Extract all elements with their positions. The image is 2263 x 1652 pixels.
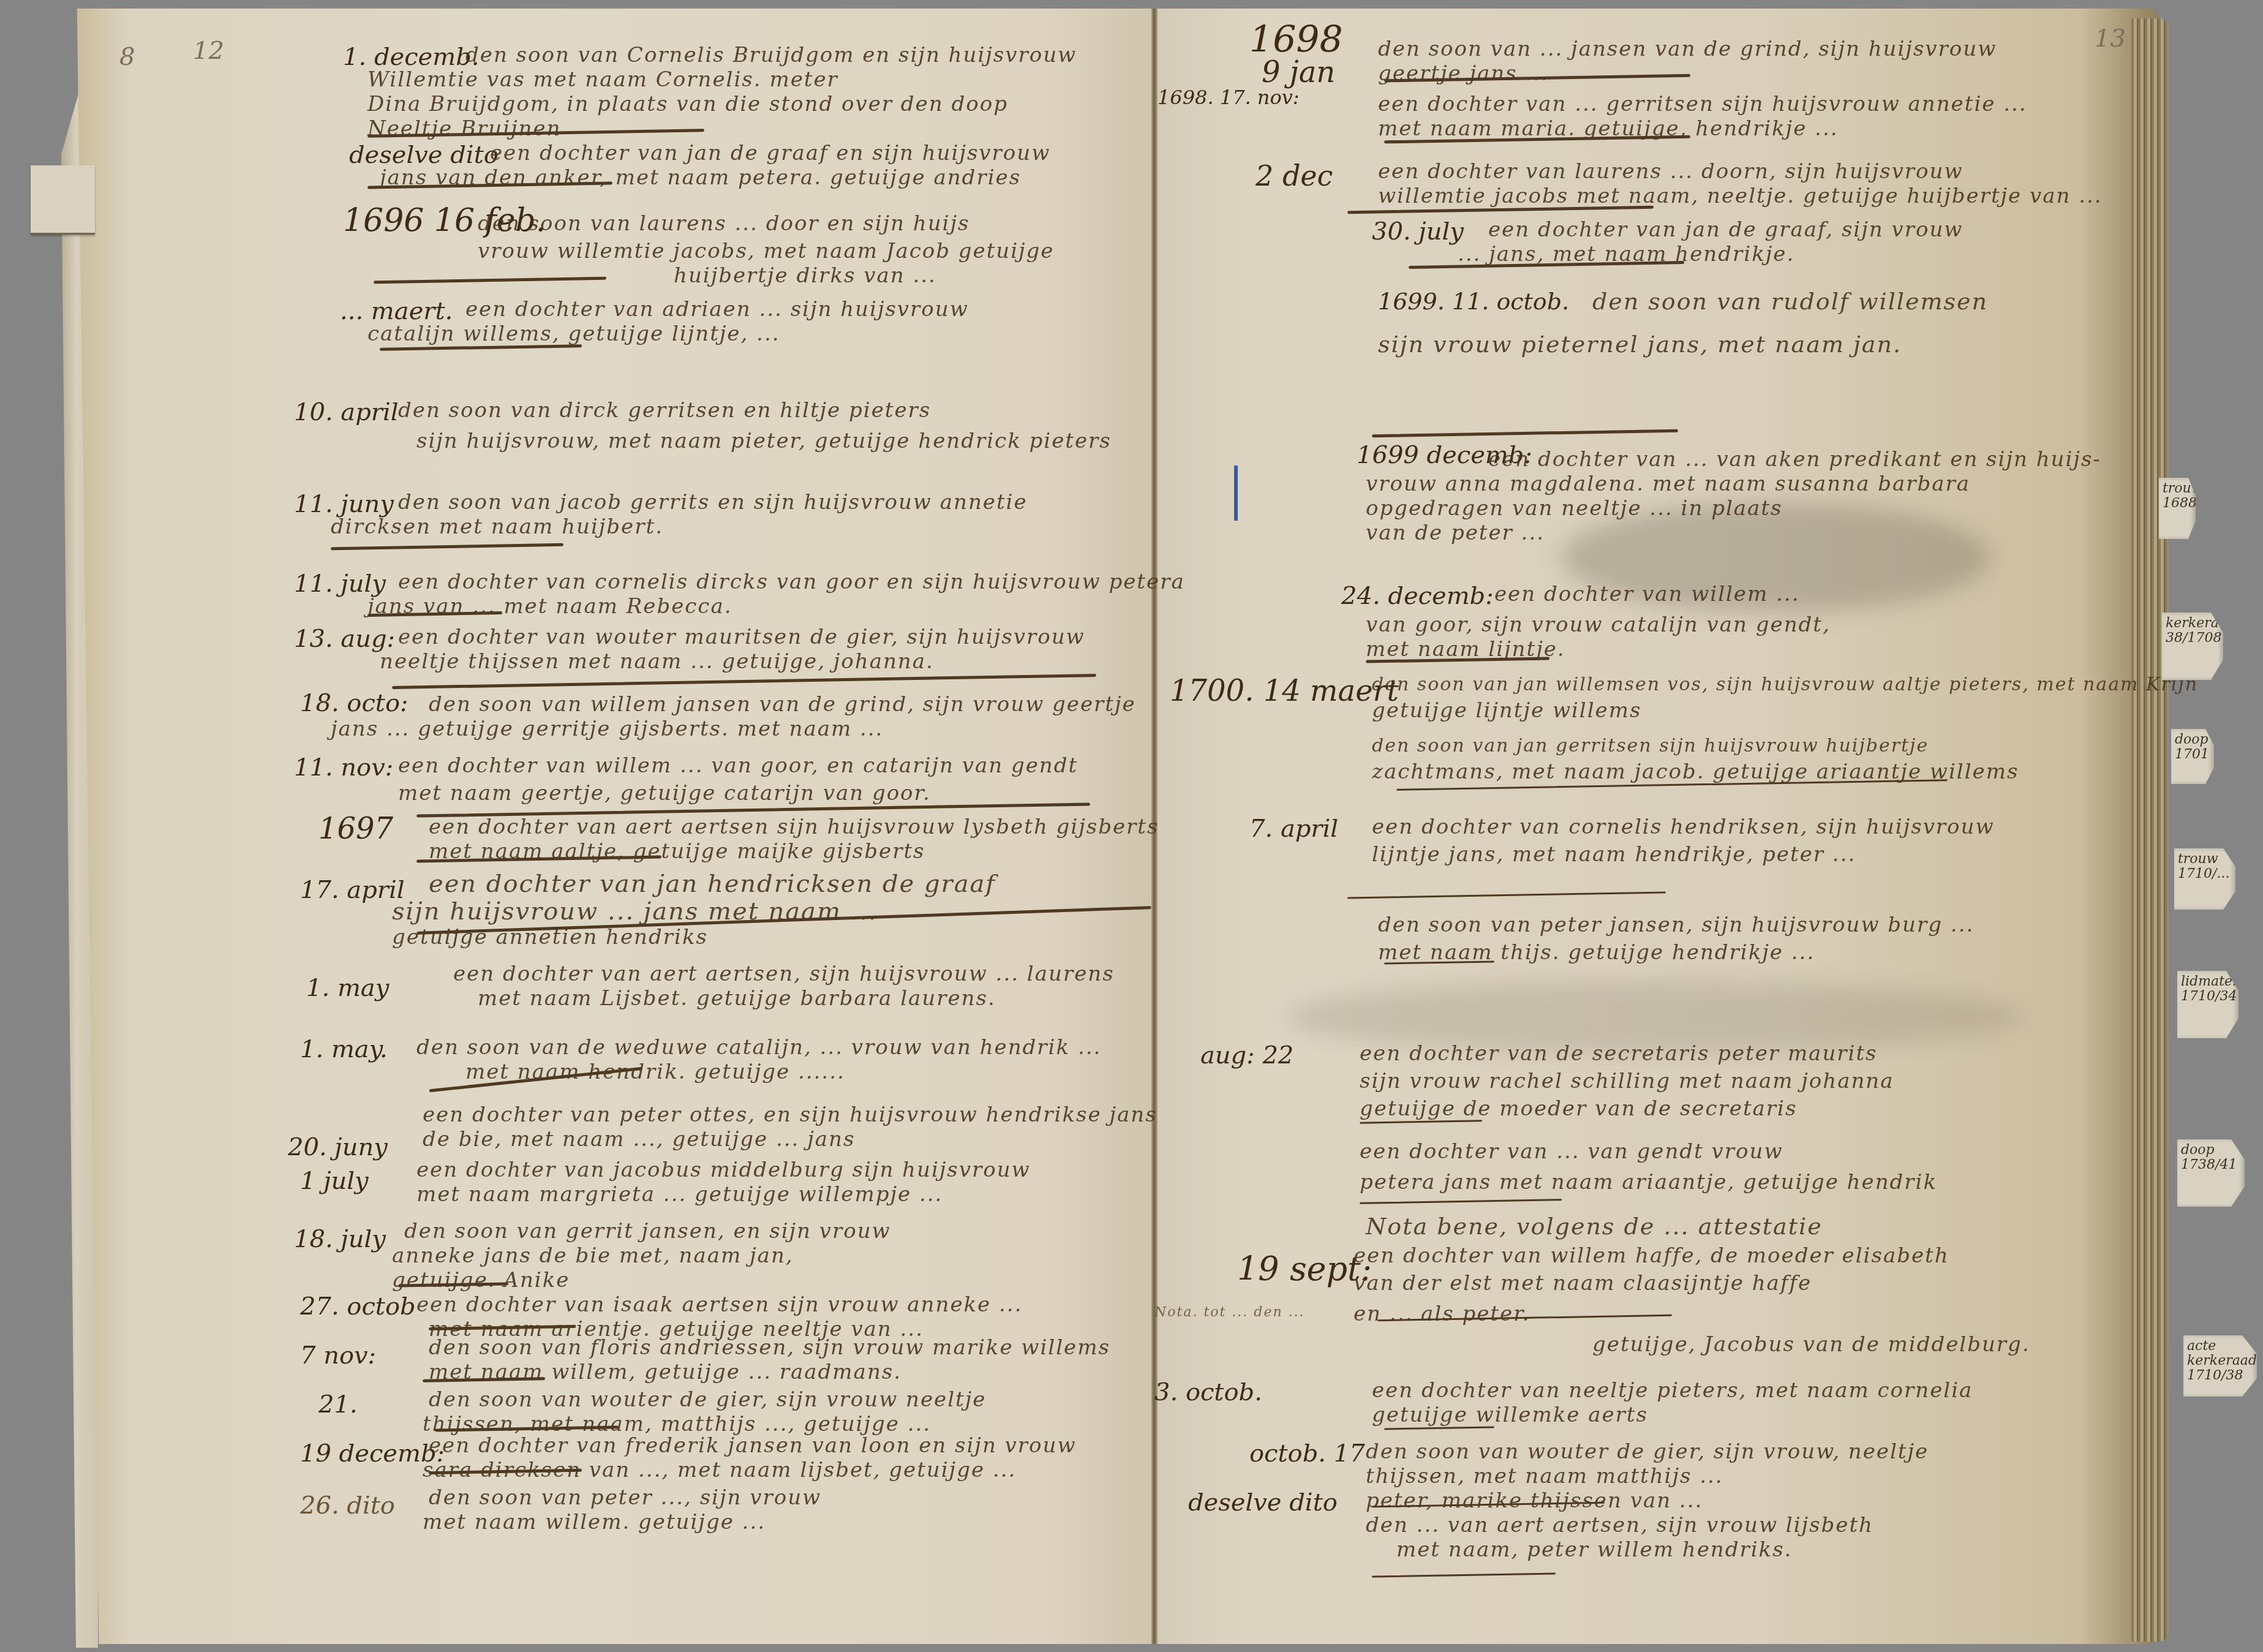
entry-line: een dochter van willem haffe, de moeder … xyxy=(1354,1243,1949,1268)
entry-line: een dochter van willem ... van goor, en … xyxy=(398,753,1078,778)
tab-trouw-1710[interactable]: trouw 1710/... xyxy=(2174,848,2235,910)
entry-line: den soon van wouter de gier, sijn vrouw … xyxy=(429,1387,986,1412)
entry-line: een dochter van jan hendricksen de graaf xyxy=(429,870,996,898)
entry-line: sijn huijsvrouw ... jans met naam ... xyxy=(392,897,878,926)
page-number-right: 13 xyxy=(2095,25,2126,53)
page-number-outer: 8 xyxy=(119,43,135,71)
entry-line: met naam, peter willem hendriks. xyxy=(1396,1537,1792,1562)
entry-line: vrouw willemtie jacobs, met naam Jacob g… xyxy=(478,239,1055,263)
entry-line: een dochter van aert aertsen, sijn huijs… xyxy=(453,962,1115,986)
entry-line: een dochter van aert aertsen sijn huijsv… xyxy=(429,815,1159,839)
entry-line: thijssen, met naam, matthijs ..., getuij… xyxy=(423,1412,931,1436)
entry-line: den soon van jan willemsen vos, sijn hui… xyxy=(1372,674,2198,695)
entry-line: den soon van gerrit jansen, en sijn vrou… xyxy=(404,1219,891,1243)
entry-line: een dochter van jan de graaf, sijn vrouw xyxy=(1488,217,1963,242)
entry-date: 1699. 11. octob. xyxy=(1378,288,1569,315)
entry-line: getuijge willemke aerts xyxy=(1372,1403,1648,1427)
entry-date: 1 july xyxy=(300,1167,369,1195)
tab-trouw-1688[interactable]: trouw 1688 xyxy=(2159,478,2196,539)
entry-date: 30. july xyxy=(1372,217,1464,246)
entry-line: met naam geertje, getuijge catarijn van … xyxy=(398,781,931,805)
entry-line: met naam margrieta ... getuijge willempj… xyxy=(416,1182,943,1207)
entry-line: een dochter van wouter mauritsen de gier… xyxy=(398,625,1085,649)
entry-line: een dochter van laurens ... doorn, sijn … xyxy=(1378,159,1964,184)
entry-date: 1697 xyxy=(318,812,393,846)
entry-line: den soon van jacob gerrits en sijn huijs… xyxy=(398,490,1028,515)
entry-line: een dochter van ... van gendt vrouw xyxy=(1360,1139,1783,1164)
entry-date: 7. april xyxy=(1249,815,1338,843)
entry-line: Dina Bruijdgom, in plaats van die stond … xyxy=(367,92,1008,116)
entry-line: een dochter van cornelis hendriksen, sij… xyxy=(1372,815,1995,839)
entry-line: den soon van wouter de gier, sijn vrouw,… xyxy=(1366,1439,1929,1464)
entry-date: 3. octob. xyxy=(1154,1378,1262,1406)
entry-date: 20. juny xyxy=(288,1133,388,1161)
entry-line: den ... van aert aertsen, sijn vrouw lij… xyxy=(1366,1513,1873,1537)
tab-acte-kerkeraad-1710[interactable]: acte kerkeraad 1710/38 xyxy=(2183,1335,2257,1397)
entry-line: een dochter van cornelis dircks van goor… xyxy=(398,570,1185,594)
entry-date: 18. july xyxy=(294,1225,386,1253)
entry-date: 19 sept: xyxy=(1237,1250,1372,1288)
entry-line: den soon van ... jansen van de grind, si… xyxy=(1378,37,1997,61)
entry-line: met naam Lijsbet. getuijge barbara laure… xyxy=(478,986,996,1011)
entry-date: 1. may. xyxy=(300,1035,388,1063)
entry-line: den soon van jan gerritsen sijn huijsvro… xyxy=(1372,735,1929,756)
open-register-book: 8 12 13 1698 1. decemb. den soon van Cor… xyxy=(0,0,2263,1652)
entry-date: 17. april xyxy=(300,876,405,904)
tab-lidmaten-1710[interactable]: lidmaten 1710/34 xyxy=(2177,971,2239,1038)
entry-line: een dochter van de secretaris peter maur… xyxy=(1360,1041,1878,1066)
entry-line: een dochter van peter ottes, en sijn hui… xyxy=(423,1103,1158,1127)
entry-line: van der elst met naam claasijntje haffe xyxy=(1354,1271,1812,1296)
entry-line: den soon van de weduwe catalijn, ... vro… xyxy=(416,1035,1101,1060)
entry-date: 10. april xyxy=(294,398,399,426)
entry-date: 1698. 17. nov: xyxy=(1158,86,1300,109)
entry-line: de bie, met naam ..., getuijge ... jans xyxy=(423,1127,855,1152)
entry-line: getuijge de moeder van de secretaris xyxy=(1360,1096,1797,1121)
entry-line: catalijn willems, getuijge lijntje, ... xyxy=(367,322,780,346)
blue-pencil-mark xyxy=(1234,466,1238,521)
entry-line: neeltje thijssen met naam ... getuijge, … xyxy=(380,649,934,674)
entry-line: een dochter van ... van aken predikant e… xyxy=(1488,447,2101,472)
entry-date: 21. xyxy=(318,1390,358,1419)
entry-line: huijbertje dirks van ... xyxy=(674,263,936,288)
entry-date: 18. octo: xyxy=(300,689,408,717)
entry-date: 27. octob xyxy=(300,1292,416,1321)
entry-line: van goor, sijn vrouw catalijn van gendt, xyxy=(1366,613,1831,637)
entry-line: getuijge, Jacobus van de middelburg. xyxy=(1592,1332,2030,1357)
page-number-left: 12 xyxy=(193,37,224,65)
entry-line: sijn vrouw rachel schilling met naam joh… xyxy=(1360,1069,1894,1093)
entry-line: met naam willem. getuijge ... xyxy=(423,1510,766,1534)
entry-line: Nota bene, volgens de ... attestatie xyxy=(1366,1213,1823,1240)
entry-line: den soon van peter jansen, sijn huijsvro… xyxy=(1378,913,1974,937)
entry-date: 7 nov: xyxy=(300,1341,376,1370)
entry-date: deselve dito xyxy=(1188,1488,1338,1517)
entry-line: getuijge lijntje willems xyxy=(1372,698,1641,723)
entry-line: den soon van dirck gerritsen en hiltje p… xyxy=(398,398,931,423)
entry-line: een dochter van frederik jansen van loon… xyxy=(429,1433,1077,1458)
entry-line: vrouw anna magdalena. met naam susanna b… xyxy=(1366,472,1970,496)
entry-line: den soon van laurens ... door en sijn hu… xyxy=(478,211,970,236)
entry-date: 1700. 14 maert xyxy=(1170,674,1399,708)
entry-line: anneke jans de bie met, naam jan, xyxy=(392,1243,794,1268)
entry-line: een dochter van ... gerritsen sijn huijs… xyxy=(1378,92,2027,116)
entry-date: 2 dec xyxy=(1256,159,1333,192)
margin-note: Nota. tot ... den ... xyxy=(1154,1305,1305,1320)
entry-line: den soon van peter ..., sijn vrouw xyxy=(429,1485,821,1510)
entry-line: thijssen, met naam matthijs ... xyxy=(1366,1464,1723,1488)
entry-date: 9 jan xyxy=(1262,55,1335,89)
entry-line: peter, marike thijssen van ... xyxy=(1366,1488,1703,1513)
entry-line: een dochter van neeltje pieters, met naa… xyxy=(1372,1378,1973,1403)
entry-line: den soon van Cornelis Bruijdgom en sijn … xyxy=(465,43,1077,67)
tab-kerkeraad-1708[interactable]: kerkeraad 38/1708 xyxy=(2162,613,2223,680)
fore-edge xyxy=(2131,18,2168,1642)
tab-doop-1701[interactable]: doop 1701 xyxy=(2171,729,2214,784)
entry-line: sijn huijsvrouw, met naam pieter, getuij… xyxy=(416,429,1112,453)
paper-band xyxy=(31,165,95,235)
entry-line: lijntje jans, met naam hendrikje, peter … xyxy=(1372,842,1856,867)
entry-date: aug: 22 xyxy=(1200,1041,1293,1069)
entry-line: van de peter ... xyxy=(1366,521,1545,545)
entry-line: den soon van floris andriessen, sijn vro… xyxy=(429,1335,1110,1360)
entry-date: 24. decemb: xyxy=(1341,582,1494,610)
entry-line: dircksen met naam huijbert. xyxy=(331,515,663,539)
entry-line: Willemtie vas met naam Cornelis. meter xyxy=(367,67,838,92)
entry-date: 11. nov: xyxy=(294,753,393,782)
tab-doop-1738[interactable]: doop 1738/41 xyxy=(2177,1139,2245,1207)
entry-line: Neeltje Bruijnen xyxy=(367,116,561,141)
entry-line: een dochter van jacobus middelburg sijn … xyxy=(416,1158,1031,1182)
entry-line: den soon van willem jansen van de grind,… xyxy=(429,692,1136,717)
entry-line: een dochter van jan de graaf en sijn hui… xyxy=(490,141,1050,165)
entry-line: een dochter van willem ... xyxy=(1494,582,1799,606)
entry-line: willemtie jacobs met naam, neeltje. getu… xyxy=(1378,184,2103,208)
entry-date: octob. 17 xyxy=(1249,1439,1365,1468)
entry-line: sijn vrouw pieternel jans, met naam jan. xyxy=(1378,331,1902,358)
entry-line: geertje jans ... xyxy=(1378,61,1549,86)
entry-date: 1. may xyxy=(306,974,389,1002)
entry-line: een dochter van isaak aertsen sijn vrouw… xyxy=(416,1292,1022,1317)
entry-line: getuijge. Anike xyxy=(392,1268,570,1292)
entry-line: petera jans met naam ariaantje, getuijge… xyxy=(1360,1170,1937,1194)
entry-line: opgedragen van neeltje ... in plaats xyxy=(1366,496,1782,521)
entry-line: den soon van rudolf willemsen xyxy=(1592,288,1988,315)
entry-line: en ... als peter. xyxy=(1354,1302,1530,1326)
entry-line: een dochter van adriaen ... sijn huijsvr… xyxy=(465,297,969,322)
entry-line: jans ... getuijge gerritje gijsberts. me… xyxy=(331,717,883,741)
entry-date: 26. dito xyxy=(300,1492,395,1520)
